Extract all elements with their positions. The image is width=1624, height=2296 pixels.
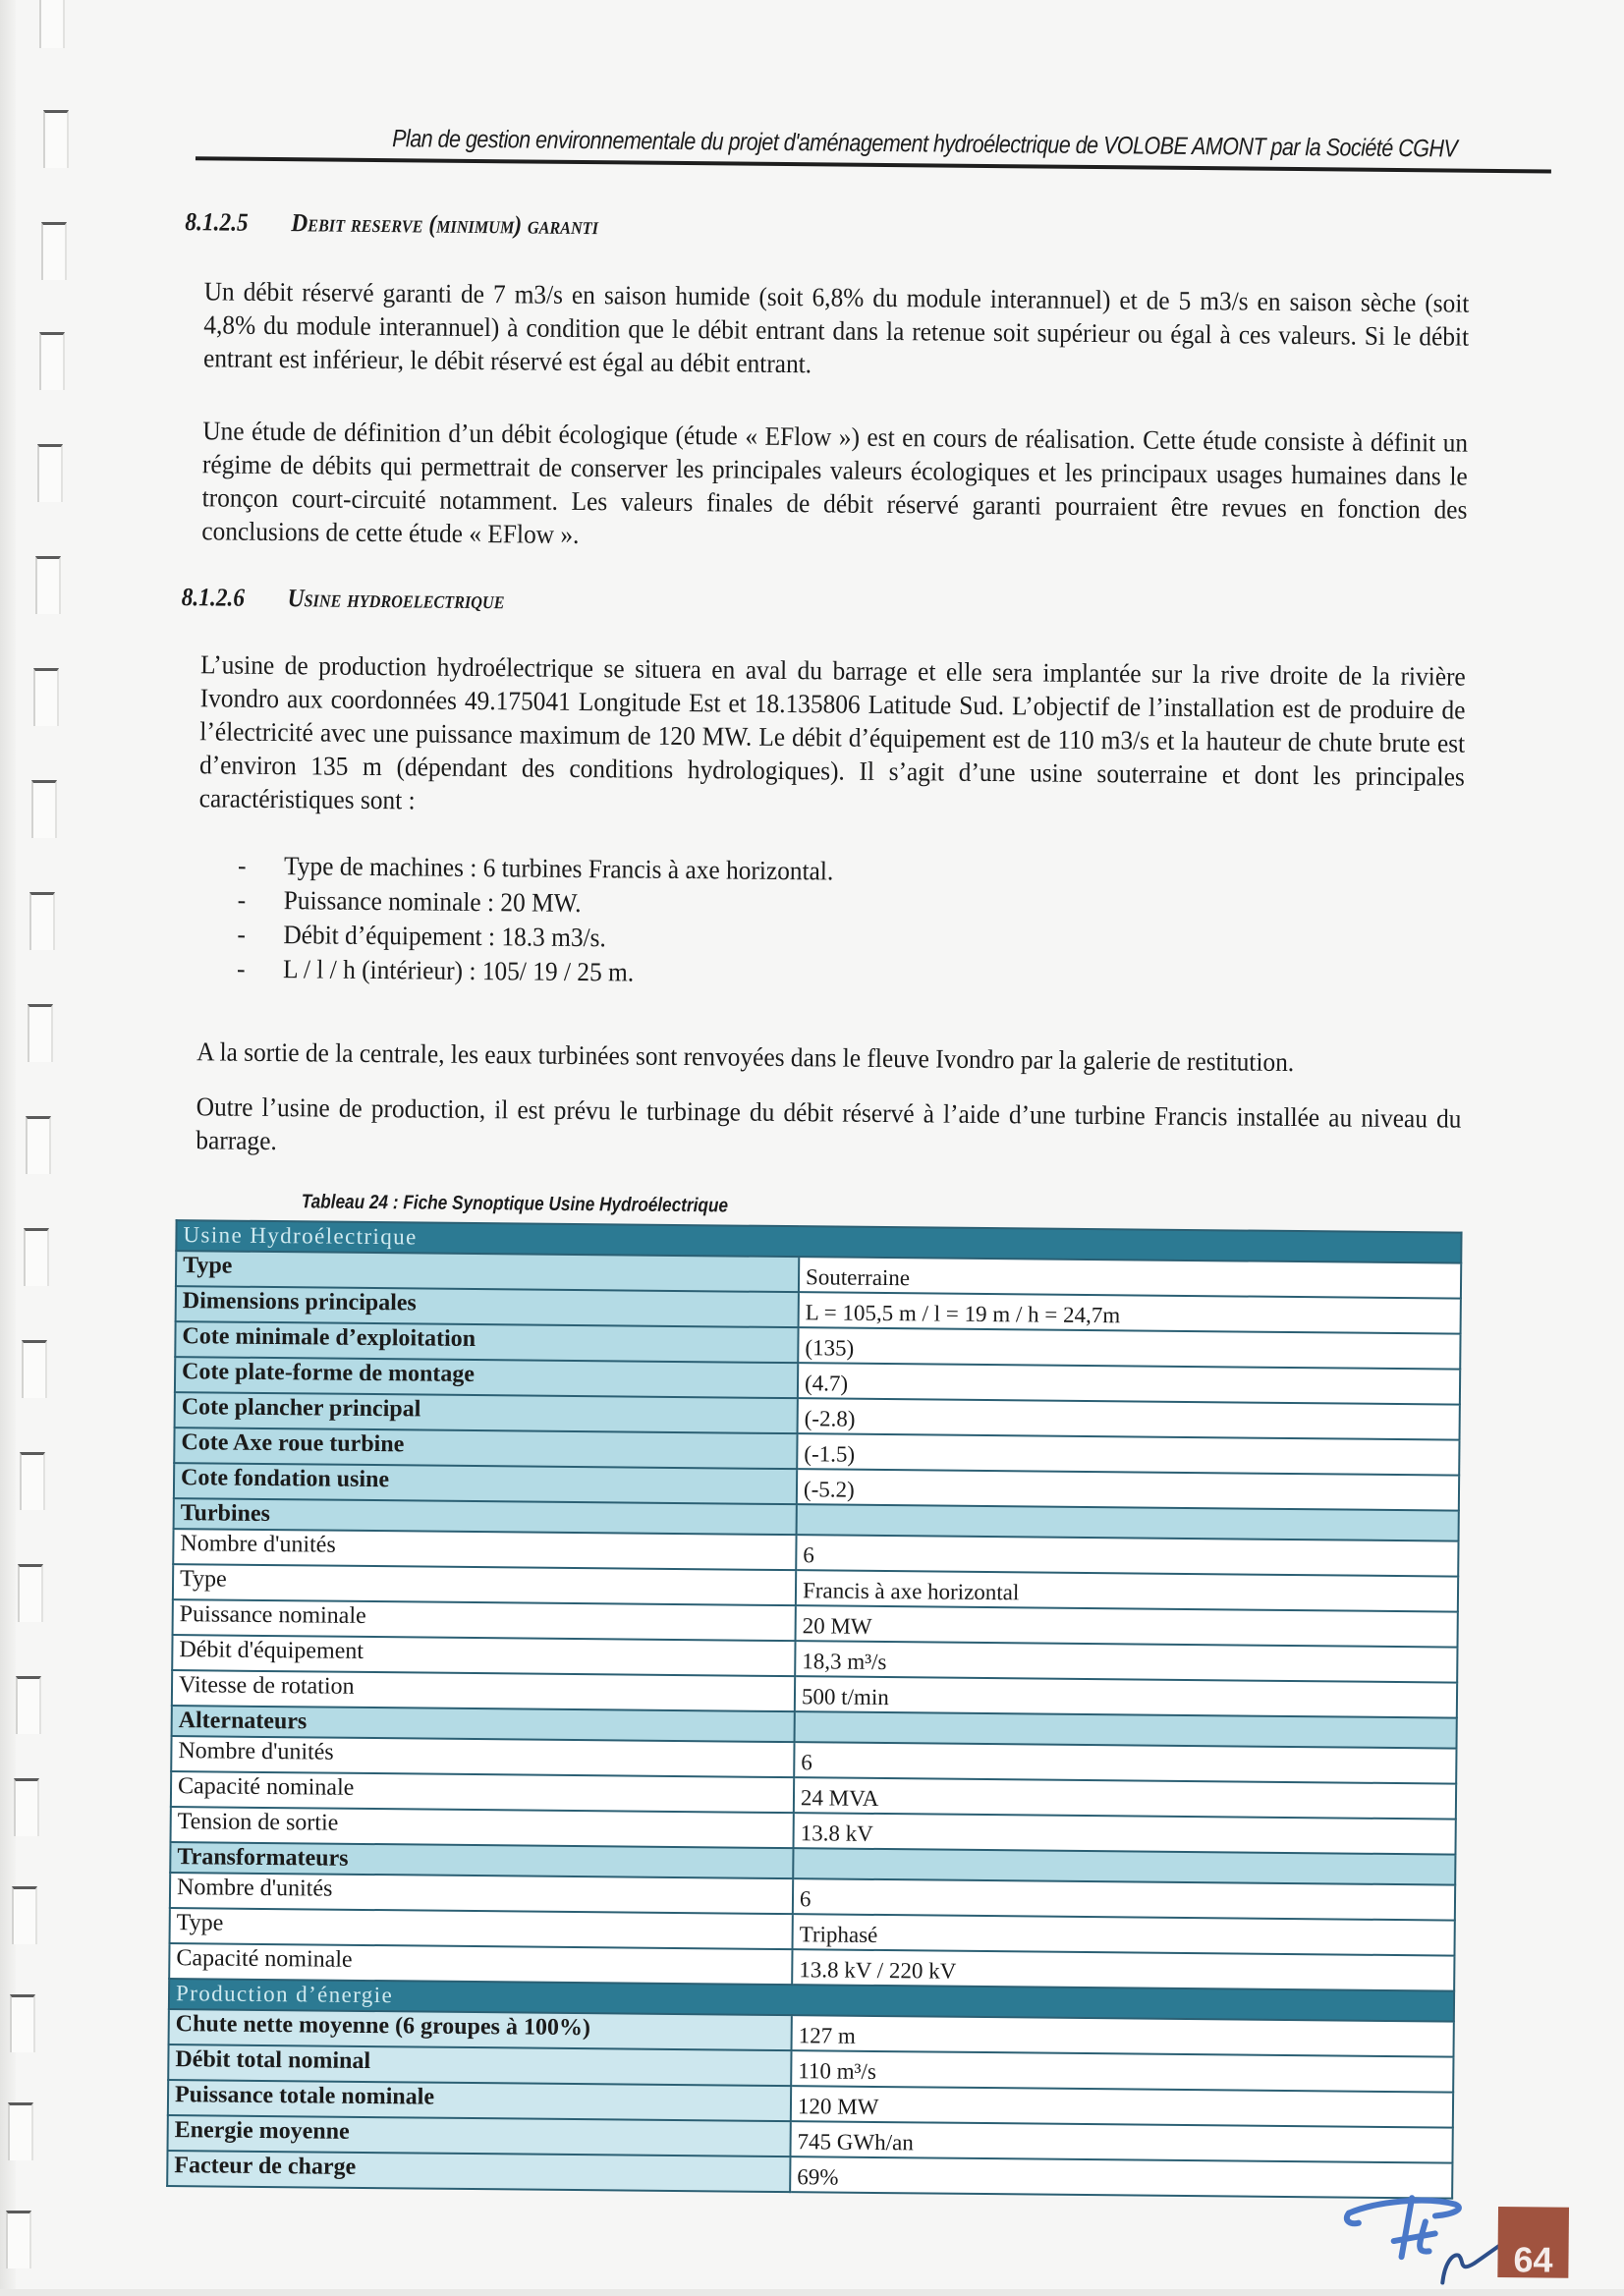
- list-item: Débit d’équipement : 18.3 m3/s.: [237, 918, 833, 958]
- characteristics-list: Type de machines : 6 turbines Francis à …: [237, 849, 834, 992]
- row-label: Débit total nominal: [168, 2044, 791, 2086]
- section-number: 8.1.2.5: [185, 207, 291, 238]
- row-label: Facteur de charge: [167, 2151, 790, 2192]
- section-number: 8.1.2.6: [182, 583, 288, 613]
- page-number: 64: [1497, 2207, 1569, 2278]
- row-label: Dimensions principales: [176, 1286, 799, 1327]
- section-title: Usine hydroelectrique: [288, 584, 505, 614]
- paragraph: Une étude de définition d’un débit écolo…: [201, 414, 1468, 559]
- paragraph: Un débit réservé garanti de 7 m3/s en sa…: [203, 274, 1470, 386]
- row-label: Capacité nominale: [171, 1771, 794, 1813]
- row-label: Cote plancher principal: [175, 1392, 798, 1433]
- row-label: Cote Axe roue turbine: [174, 1428, 797, 1469]
- row-label: Type: [170, 1908, 793, 1949]
- section-heading-8-1-2-6: 8.1.2.6Usine hydroelectrique: [182, 583, 505, 615]
- paragraph: L’usine de production hydroélectrique se…: [199, 647, 1466, 826]
- paragraph: Outre l’usine de production, il est prév…: [196, 1090, 1461, 1168]
- row-label: Cote fondation usine: [174, 1463, 797, 1504]
- row-label: Nombre d'unités: [173, 1529, 796, 1570]
- row-label: Nombre d'unités: [171, 1736, 794, 1777]
- row-label: Tension de sortie: [171, 1807, 794, 1848]
- row-label: Débit d'équipement: [172, 1635, 795, 1676]
- row-label: Capacité nominale: [169, 1943, 792, 1985]
- list-item: Type de machines : 6 turbines Francis à …: [238, 849, 834, 889]
- row-label: Puissance nominale: [173, 1599, 796, 1641]
- running-header: Plan de gestion environnementale du proj…: [392, 125, 1389, 163]
- row-label: Vitesse de rotation: [172, 1670, 795, 1711]
- row-label: Chute nette moyenne (6 groupes à 100%): [169, 2009, 792, 2050]
- section-heading-8-1-2-5: 8.1.2.5Debit reserve (minimum) garanti: [185, 207, 598, 241]
- row-label: Nombre d'unités: [170, 1873, 793, 1914]
- document-page: Plan de gestion environnementale du proj…: [0, 0, 1624, 2296]
- list-item: Puissance nominale : 20 MW.: [238, 883, 834, 924]
- row-label: Type: [173, 1564, 796, 1605]
- row-label: Puissance totale nominale: [168, 2080, 791, 2121]
- row-label: Cote plate-forme de montage: [175, 1357, 798, 1398]
- row-label: Energie moyenne: [168, 2115, 791, 2156]
- row-label: Cote minimale d’exploitation: [175, 1321, 798, 1363]
- synoptic-table: Usine Hydroélectrique TypeSouterraine Di…: [166, 1219, 1462, 2200]
- section-title: Debit reserve (minimum) garanti: [291, 208, 598, 240]
- table-caption: Tableau 24 : Fiche Synoptique Usine Hydr…: [302, 1191, 728, 1217]
- list-item: L / l / h (intérieur) : 105/ 19 / 25 m.: [237, 952, 833, 992]
- row-label: Type: [176, 1251, 799, 1292]
- page-bottom-edge: [0, 2289, 1624, 2296]
- paragraph: A la sortie de la centrale, les eaux tur…: [196, 1035, 1462, 1080]
